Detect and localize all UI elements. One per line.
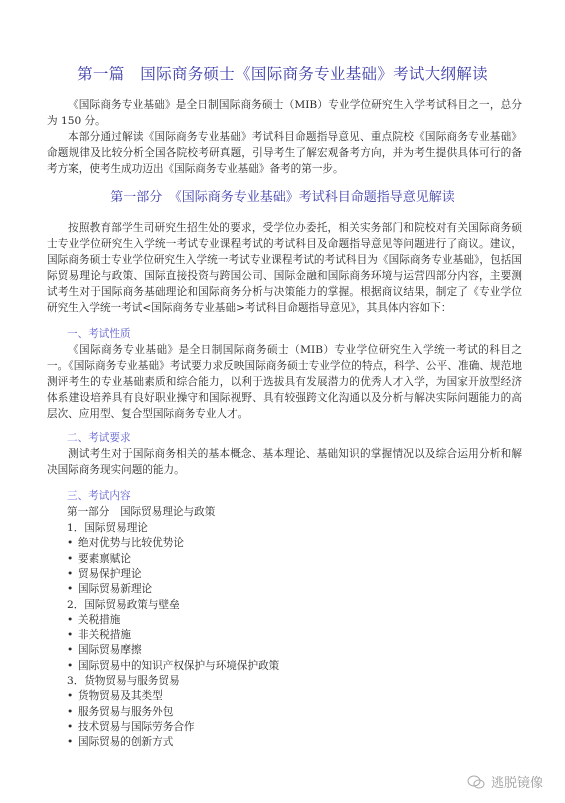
outline-bullet-item: •非关税措施	[67, 627, 131, 643]
outline-bullet-item: •服务贸易与服务外包	[67, 704, 173, 720]
content-part-label: 第一部分 国际贸易理论与政策	[67, 504, 215, 520]
outline-bullet-item: •要素禀赋论	[67, 551, 131, 567]
bullet-icon: •	[67, 566, 78, 582]
watermark-text: 逃脱镜像	[491, 772, 543, 791]
outline-item-text: 绝对优势与比较优势论	[78, 537, 184, 549]
outline-bullet-item: •国际贸易的创新方式	[67, 734, 173, 750]
wechat-icon	[466, 774, 486, 790]
section-text-nature: 《国际商务专业基础》是全日制国际商务硕士（MIB）专业学位研究生入学统一考试的科…	[47, 342, 522, 422]
bullet-icon: •	[67, 627, 78, 643]
outline-bullet-item: •货物贸易及其类型	[67, 688, 163, 704]
bullet-icon: •	[67, 551, 78, 567]
bullet-icon: •	[67, 688, 78, 704]
outline-item-text: 非关税措施	[78, 629, 131, 641]
outline-numbered-item: 3．货物贸易与服务贸易	[67, 673, 180, 689]
bullet-icon: •	[67, 734, 78, 750]
bullet-icon: •	[67, 642, 78, 658]
outline-item-text: 贸易保护理论	[78, 568, 142, 580]
outline-bullet-item: •贸易保护理论	[67, 566, 142, 582]
part-paragraph: 按照教育部学生司研究生招生处的要求，受学位办委托，相关实务部门和院校对有关国际商…	[47, 220, 522, 316]
bullet-icon: •	[67, 704, 78, 720]
section-heading-nature: 一、考试性质	[67, 326, 131, 342]
outline-item-text: 货物贸易及其类型	[78, 690, 163, 702]
outline-numbered-item: 1．国际贸易理论	[67, 520, 148, 536]
bullet-icon: •	[67, 719, 78, 735]
outline-item-text: 国际贸易的创新方式	[78, 736, 173, 748]
outline-bullet-item: •技术贸易与国际劳务合作	[67, 719, 195, 735]
outline-bullet-item: •国际贸易中的知识产权保护与环境保护政策	[67, 658, 279, 674]
bullet-icon: •	[67, 658, 78, 674]
outline-item-text: 技术贸易与国际劳务合作	[78, 721, 195, 733]
document-title: 第一篇 国际商务硕士《国际商务专业基础》考试大纲解读	[0, 62, 565, 84]
section-heading-content: 三、考试内容	[67, 488, 131, 504]
watermark: 逃脱镜像	[466, 772, 543, 791]
bullet-icon: •	[67, 581, 78, 597]
section-text-requirements: 测试考生对于国际商务相关的基本概念、基本理论、基础知识的掌握情况以及综合运用分析…	[47, 446, 522, 478]
outline-item-text: 国际贸易新理论	[78, 583, 152, 595]
section-heading-requirements: 二、考试要求	[67, 430, 131, 446]
outline-bullet-item: •国际贸易新理论	[67, 581, 152, 597]
outline-bullet-item: •国际贸易摩擦	[67, 642, 142, 658]
outline-numbered-item: 2．国际贸易政策与壁垒	[67, 597, 180, 613]
intro-paragraph-1: 《国际商务专业基础》是全日制国际商务硕士（MIB）专业学位研究生入学考试科目之一…	[47, 97, 522, 129]
outline-item-text: 国际贸易摩擦	[78, 644, 142, 656]
bullet-icon: •	[67, 612, 78, 628]
part-title: 第一部分 《国际商务专业基础》考试科目命题指导意见解读	[0, 186, 565, 205]
outline-bullet-item: •关税措施	[67, 612, 120, 628]
outline-item-text: 关税措施	[78, 614, 120, 626]
outline-item-text: 服务贸易与服务外包	[78, 706, 173, 718]
document-page: 第一篇 国际商务硕士《国际商务专业基础》考试大纲解读 《国际商务专业基础》是全日…	[0, 0, 565, 803]
outline-item-text: 要素禀赋论	[78, 553, 131, 565]
outline-item-text: 国际贸易中的知识产权保护与环境保护政策	[78, 660, 279, 672]
outline-bullet-item: •绝对优势与比较优势论	[67, 535, 184, 551]
intro-paragraph-2: 本部分通过解读《国际商务专业基础》考试科目命题指导意见、重点院校《国际商务专业基…	[47, 129, 522, 177]
bullet-icon: •	[67, 535, 78, 551]
